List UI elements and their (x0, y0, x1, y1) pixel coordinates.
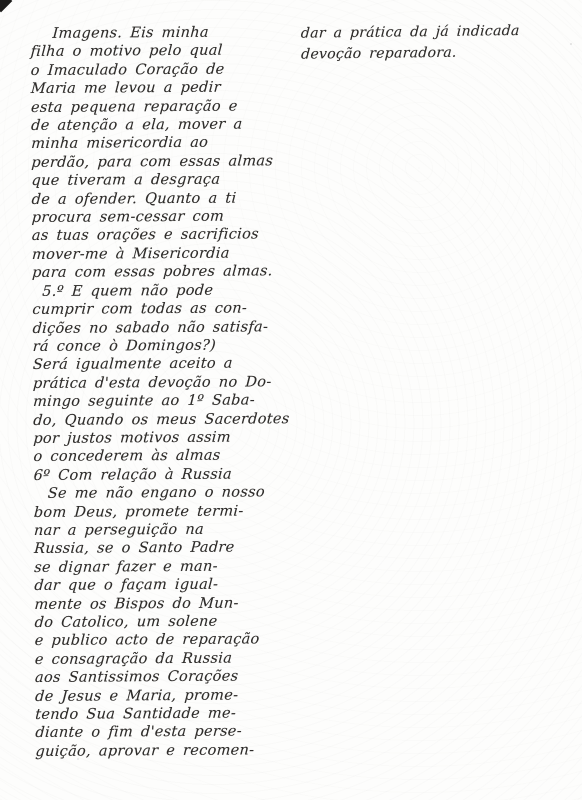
handwritten-line: guição, aprovar e recomen- (35, 741, 314, 761)
handwritten-line: mente os Bispos do Mun- (34, 594, 313, 614)
handwritten-line: o Imaculado Coração de (30, 60, 309, 80)
handwritten-line: Russia, se o Santo Padre (34, 538, 313, 558)
handwritten-line: e publico acto de reparação (34, 630, 313, 650)
handwritten-line: filha o motivo pelo qual (30, 41, 309, 61)
handwritten-line: cumprir com todas as con- (32, 299, 311, 319)
handwritten-line: nar a perseguição na (33, 520, 312, 540)
handwritten-line: dar que o façam igual- (34, 575, 313, 595)
handwritten-line: mingo seguinte ao 1º Saba- (32, 391, 311, 411)
handwritten-line: prática d'esta devoção no Do- (32, 373, 311, 393)
handwritten-line: Será igualmente aceito a (32, 354, 311, 374)
handwritten-line: minha misericordia ao (31, 133, 310, 153)
handwritten-line: bom Deus, promete termi- (33, 502, 312, 522)
handwritten-line: dições no sabado não satisfa- (32, 318, 311, 338)
handwritten-line: devoção reparadora. (301, 41, 570, 65)
handwritten-line: aos Santissimos Corações (34, 667, 313, 687)
handwritten-line: esta pequena reparação e (30, 97, 309, 117)
handwritten-line: perdão, para com essas almas (31, 152, 310, 172)
handwritten-line: mover-me à Misericordia (31, 244, 310, 264)
handwritten-line: de Jesus e Maria, prome- (35, 686, 314, 706)
handwritten-line: Maria me levou a pedir (30, 78, 309, 98)
scanned-manuscript-page: Imagens. Eis minhafilha o motivo pelo qu… (0, 0, 582, 800)
manuscript-right-column: dar a prática da já indicadadevoção repa… (301, 20, 569, 65)
manuscript-left-column: Imagens. Eis minhafilha o motivo pelo qu… (30, 23, 313, 761)
handwritten-line: por justos motivos assim (33, 428, 312, 448)
handwritten-line: que tiveram a desgraça (31, 170, 310, 190)
handwritten-line: 5.º E quem não pode (32, 281, 311, 301)
handwritten-line: para com essas pobres almas. (32, 262, 311, 282)
handwritten-line: e consagração da Russia (34, 649, 313, 669)
handwritten-line: do, Quando os meus Sacerdotes (33, 410, 312, 430)
handwritten-line: o concederem às almas (33, 446, 312, 466)
handwritten-line: de a ofender. Quanto a ti (31, 189, 310, 209)
scan-corner-artifact (0, 0, 12, 12)
handwritten-line: se dignar fazer e man- (34, 557, 313, 577)
handwritten-line: rá conce ò Domingos?) (32, 336, 311, 356)
handwritten-line: diante o fim d'esta perse- (35, 722, 314, 742)
handwritten-line: 6º Com relação à Russia (33, 465, 312, 485)
scan-speck (570, 43, 572, 45)
handwritten-line: as tuas orações e sacrificios (31, 225, 310, 245)
handwritten-line: Se me não engano o nosso (33, 483, 312, 503)
